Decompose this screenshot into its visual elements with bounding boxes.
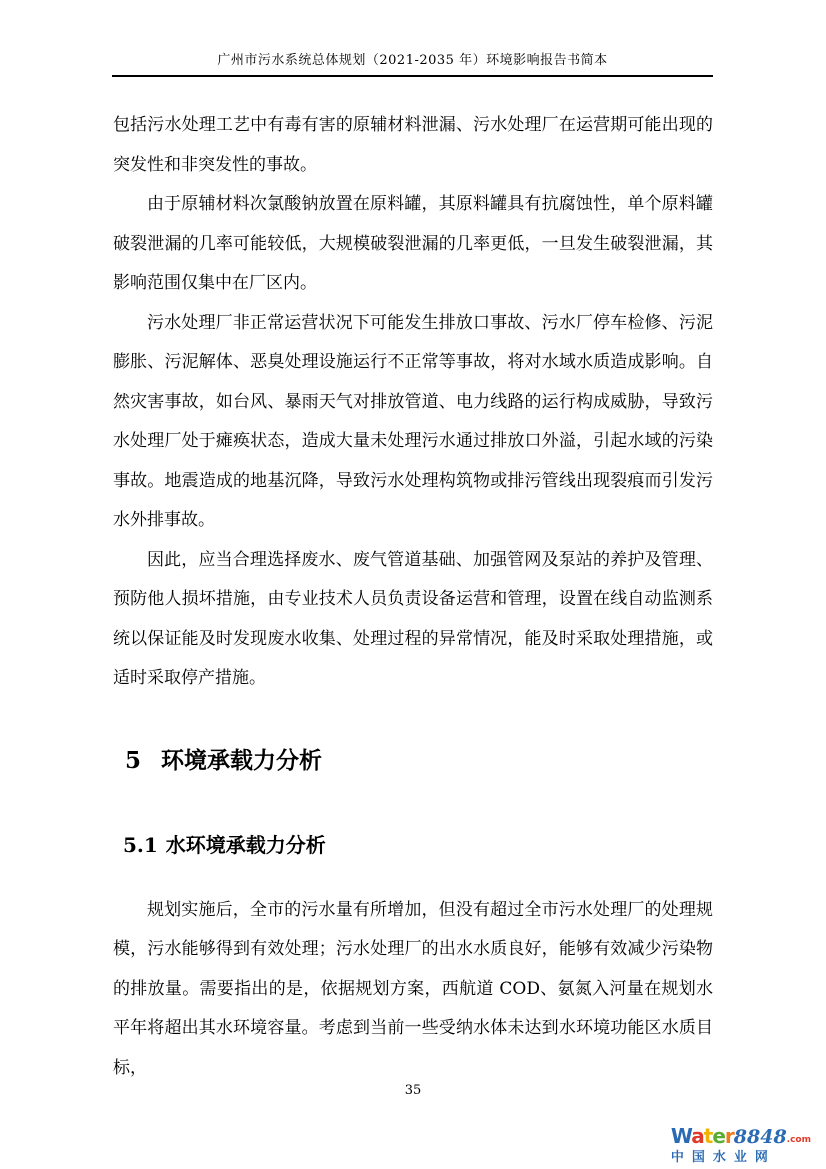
- page-number: 35: [0, 1083, 826, 1098]
- document-body: 包括污水处理工艺中有毒有害的原辅材料泄漏、污水处理厂在运营期可能出现的突发性和非…: [113, 106, 713, 1088]
- logo-wordmark: Water8848.com: [671, 1126, 811, 1147]
- document-page: 广州市污水系统总体规划（2021-2035 年）环境影响报告书简本 包括污水处理…: [0, 0, 826, 1169]
- paragraph-2: 由于原辅材料次氯酸钠放置在原料罐，其原料罐具有抗腐蚀性，单个原料罐破裂泄漏的几率…: [113, 185, 713, 304]
- subsection-heading: 5.1水环境承载力分析: [123, 830, 713, 860]
- water8848-logo: Water8848.com 中国水业网: [671, 1126, 811, 1164]
- logo-tld: .com: [787, 1135, 811, 1145]
- running-header-title: 广州市污水系统总体规划（2021-2035 年）环境影响报告书简本: [112, 53, 713, 69]
- section-title: 环境承载力分析: [161, 747, 322, 774]
- logo-letter-e: e: [712, 1124, 725, 1148]
- paragraph-1: 包括污水处理工艺中有毒有害的原辅材料泄漏、污水处理厂在运营期可能出现的突发性和非…: [113, 106, 713, 185]
- logo-number: 8848: [734, 1126, 787, 1148]
- paragraph-4: 因此，应当合理选择废水、废气管道基础、加强管网及泵站的养护及管理、预防他人损坏措…: [113, 541, 713, 699]
- logo-tagline: 中国水业网: [671, 1151, 811, 1164]
- page-header: 广州市污水系统总体规划（2021-2035 年）环境影响报告书简本: [112, 53, 713, 77]
- logo-letter-a: a: [691, 1124, 704, 1148]
- paragraph-5: 规划实施后，全市的污水量有所增加，但没有超过全市污水处理厂的处理规模，污水能够得…: [113, 891, 713, 1089]
- section-heading: 5环境承载力分析: [125, 745, 713, 777]
- logo-letter-r: r: [725, 1124, 734, 1148]
- subsection-title: 水环境承载力分析: [166, 833, 326, 857]
- paragraph-3: 污水处理厂非正常运营状况下可能发生排放口事故、污水厂停车检修、污泥膨胀、污泥解体…: [113, 304, 713, 541]
- section-number: 5: [125, 747, 141, 774]
- logo-letter-w: W: [671, 1124, 691, 1148]
- subsection-number: 5.1: [123, 833, 158, 857]
